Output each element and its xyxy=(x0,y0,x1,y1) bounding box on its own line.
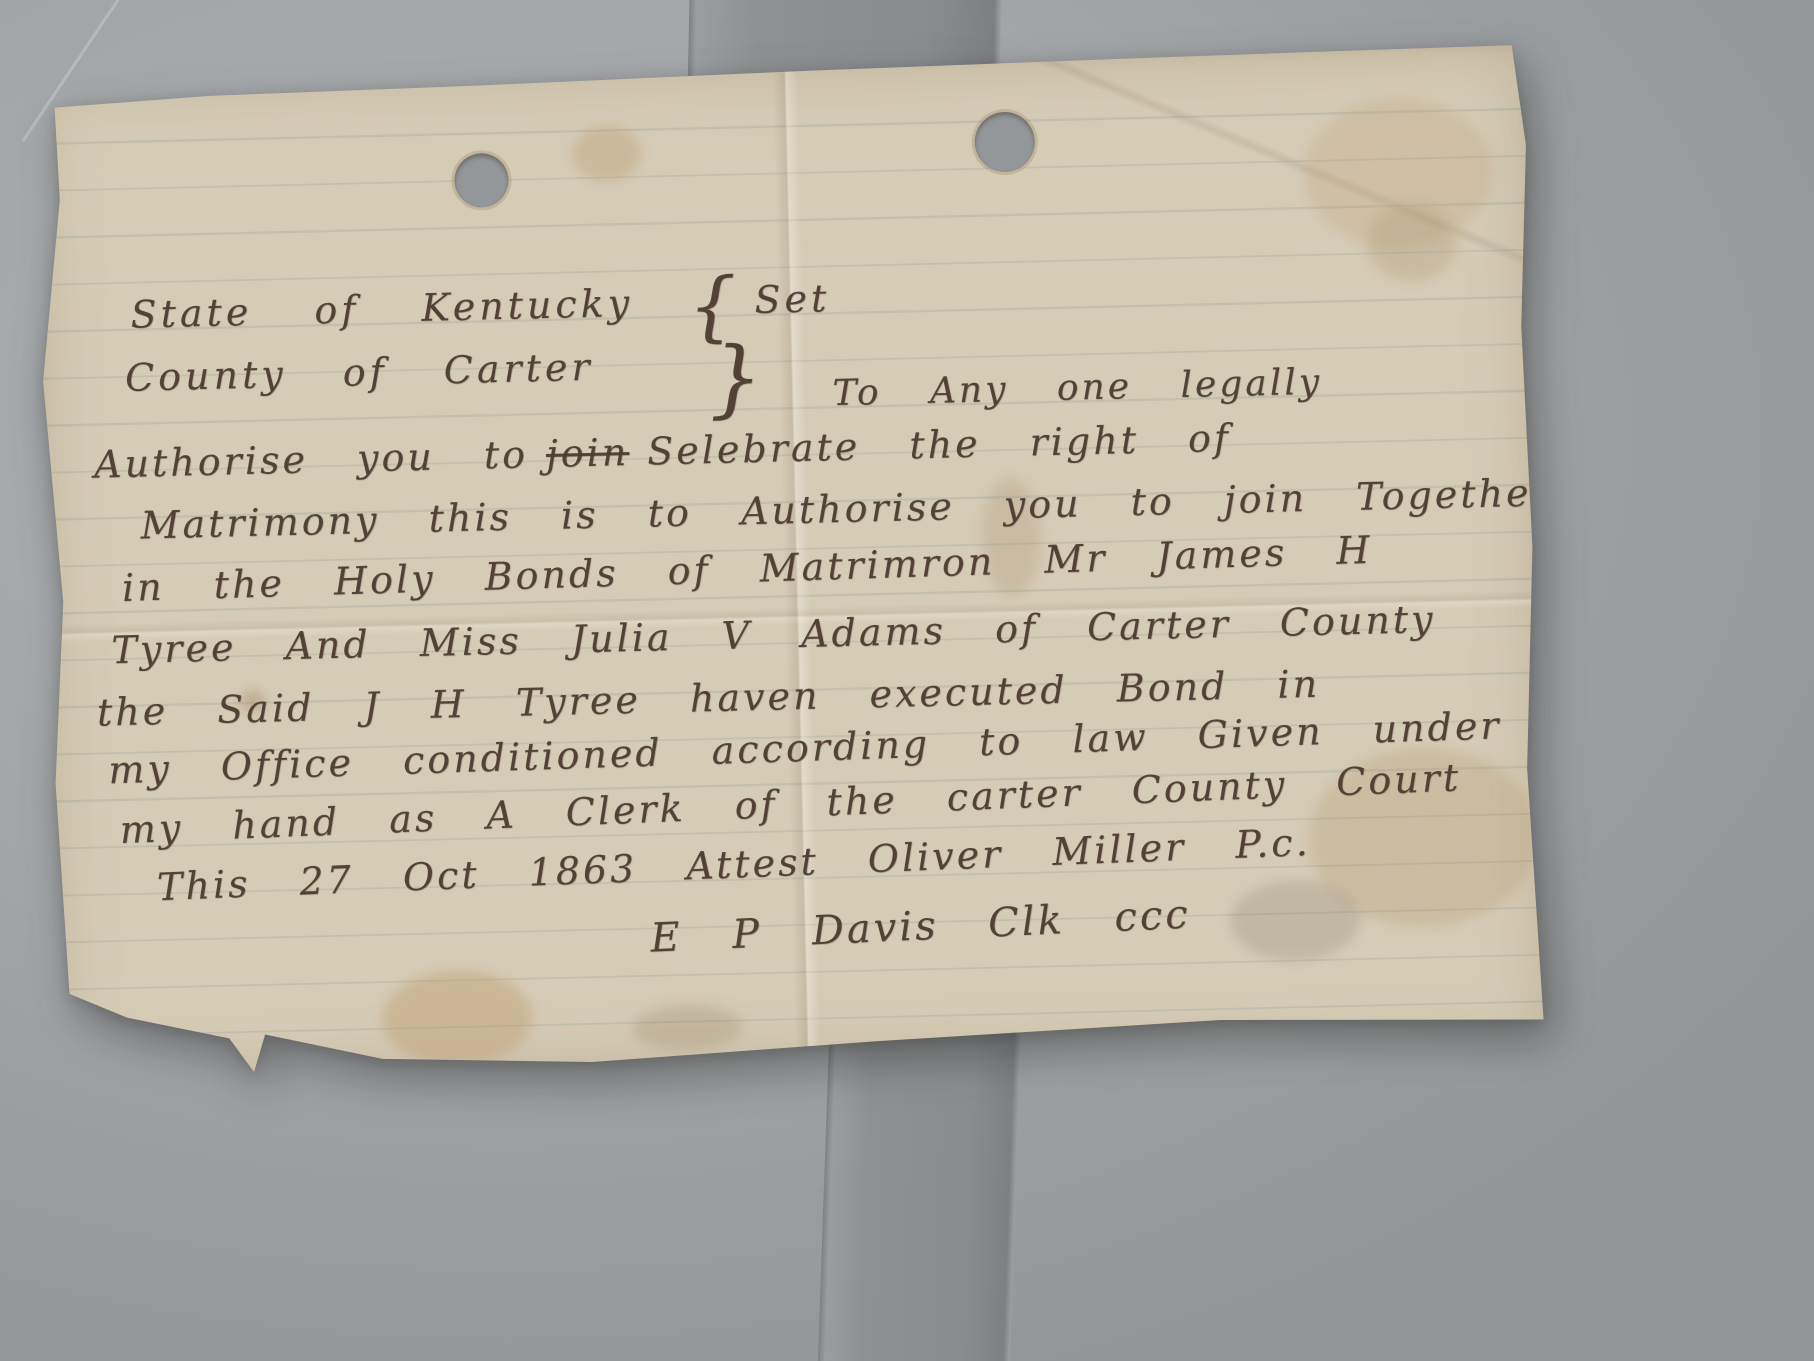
paper-shadow-wrap: State of Kentucky{Set County of Carter} … xyxy=(0,0,1814,1361)
brace-close: } xyxy=(709,377,766,378)
brace-open: { xyxy=(688,305,740,306)
sct-text: Set xyxy=(754,276,831,322)
struck-word: join xyxy=(545,430,629,476)
document-paper: State of Kentucky{Set County of Carter} … xyxy=(30,45,1550,1085)
photo-background: State of Kentucky{Set County of Carter} … xyxy=(0,0,1814,1361)
